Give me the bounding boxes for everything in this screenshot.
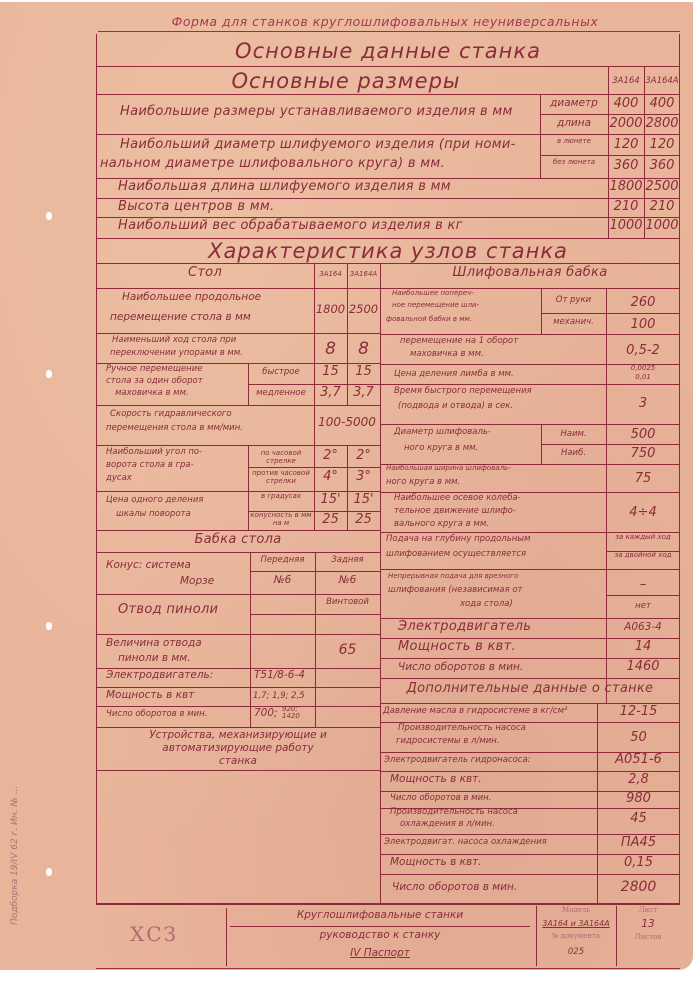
table-value: 15 — [314, 365, 347, 379]
tailstock-label: пиноли в мм. — [118, 653, 191, 665]
size-value: 1000 — [644, 219, 680, 233]
table-value: 25 — [347, 513, 380, 527]
table-label: Наибольший угол по- — [106, 448, 202, 457]
table-sub: быстрое — [248, 368, 314, 377]
extra-value: 0,15 — [597, 856, 680, 870]
head-value: 0,0025 — [606, 365, 680, 373]
table-label: ворота стола в гра- — [106, 461, 194, 470]
divider — [380, 424, 680, 425]
tailstock-label: Число оборотов в мин. — [106, 710, 207, 719]
size-label: Высота центров в мм. — [118, 200, 274, 214]
tailstock-label: Величина отвода — [106, 638, 202, 650]
table-label: переключении упорами в мм. — [110, 349, 243, 358]
divider — [541, 313, 680, 314]
head-label: Диаметр шлифоваль- — [394, 428, 491, 437]
table-value: 15 — [347, 365, 380, 379]
head-sub: Наим. — [541, 430, 606, 439]
head-sub: Наиб. — [541, 449, 606, 458]
rpm-value: 920; 1420 — [282, 706, 312, 721]
head-label: Электродвигатель — [398, 620, 531, 634]
punch-hole — [46, 868, 52, 876]
motor-value: Т51/8-6-4 — [254, 670, 305, 682]
model-header: 3А164А — [644, 77, 680, 86]
extra-value: 2800 — [597, 880, 680, 895]
head-label: перемещение на 1 оборот — [400, 337, 518, 346]
devices-label: Устройства, механизирующие и — [96, 730, 380, 742]
grinding-head-title: Шлифовальная бабка — [380, 266, 680, 280]
sheet-number: 13 — [616, 919, 680, 931]
extra-value: ПА45 — [597, 836, 680, 850]
table-label: Скорость гидравлического — [110, 410, 232, 419]
size-value: 120 — [608, 138, 644, 152]
divider — [96, 134, 680, 135]
table-sub: по часовой стрелке — [248, 450, 314, 465]
table-label: Ручное перемещение — [106, 365, 202, 374]
footer-title: Круглошлифовальные станки — [230, 910, 530, 922]
head-label: Наибольшая ширина шлифоваль- — [386, 465, 511, 473]
divider — [98, 31, 680, 32]
head-sub: механич. — [541, 318, 606, 327]
size-label: Наибольшие размеры устанавливаемого изде… — [120, 105, 513, 119]
tailstock-title: Бабка стола — [96, 533, 380, 547]
head-label: маховичка в мм. — [410, 350, 484, 359]
table-title: Стол — [96, 266, 314, 280]
table-label: перемещение стола в мм — [110, 312, 251, 324]
head-value: за каждый ход — [606, 534, 680, 542]
organization-code: ХСЗ — [130, 922, 178, 946]
divider — [380, 874, 680, 875]
divider — [230, 926, 530, 927]
units-title: Характеристика узлов станка — [96, 240, 680, 263]
tailstock-label: Морзе — [180, 576, 214, 588]
head-value: нет — [606, 602, 680, 611]
head-label: (подвода и отвода) в сек. — [398, 402, 513, 411]
devices-label: станка — [96, 756, 380, 768]
devices-label: автоматизирующие работу — [96, 743, 380, 755]
form-title: Форма для станков круглошлифовальных неу… — [100, 14, 670, 29]
divider — [380, 384, 680, 385]
divider — [96, 263, 680, 264]
head-label: Наибольшее попереч- — [392, 290, 474, 298]
head-value: А063-4 — [606, 622, 680, 634]
model-header: 3А164 — [608, 77, 644, 86]
divider — [380, 334, 680, 335]
table-value: 15' — [314, 493, 347, 507]
table-value: 25 — [314, 513, 347, 527]
head-label: вального круга в мм. — [394, 520, 489, 529]
extra-value: 50 — [597, 731, 680, 745]
punch-hole — [46, 212, 52, 220]
head-label: хода стола) — [460, 600, 513, 609]
rear-label: Задняя — [315, 556, 380, 565]
table-sub: против часовой стрелки — [248, 470, 314, 485]
footer-subtitle: руководство к станку — [230, 930, 530, 942]
size-value: 120 — [644, 138, 680, 152]
extra-value: 45 — [597, 812, 680, 826]
table-label: стола за один оборот — [106, 377, 203, 386]
size-value: 360 — [644, 159, 680, 173]
size-label: Наибольший диаметр шлифуемого изделия (п… — [120, 138, 516, 152]
divider — [96, 94, 680, 95]
extra-label: охлаждения в л/мин. — [400, 820, 495, 829]
tailstock-label: Конус: система — [106, 560, 191, 572]
model-label: Модель — [536, 907, 616, 915]
size-sub: длина — [540, 118, 608, 130]
front-label: Передняя — [250, 556, 315, 565]
table-value: 3,7 — [314, 386, 347, 400]
extra-label: Число оборотов в мин. — [392, 882, 517, 894]
model-value: 3А164 и 3А164А — [536, 920, 616, 929]
table-label: Наибольшее продольное — [122, 292, 261, 304]
divider — [96, 405, 380, 406]
divider — [96, 687, 380, 688]
footer-section: IV Паспорт — [230, 948, 530, 960]
quill-amount: 65 — [315, 643, 380, 658]
margin-note: Подборка 19/IV 62 г. Ин. № ... — [10, 786, 20, 925]
divider — [96, 288, 380, 289]
table-label: перемещения стола в мм/мин. — [106, 424, 243, 433]
head-value: 0,5-2 — [606, 344, 680, 358]
head-value: 500 — [606, 428, 680, 442]
table-value: 8 — [347, 340, 380, 359]
table-value: 2500 — [347, 303, 380, 316]
extra-label: Производительность насоса — [390, 808, 518, 817]
divider — [250, 571, 380, 572]
divider — [606, 595, 680, 596]
divider — [96, 706, 380, 707]
front-value: №6 — [250, 575, 315, 587]
size-value: 400 — [608, 97, 644, 111]
divider — [96, 333, 380, 334]
extra-title: Дополнительные данные о станке — [380, 682, 680, 696]
head-value: – — [606, 578, 680, 592]
power-value: 1,7; 1,9; 2,5 — [253, 692, 305, 701]
head-value: 100 — [606, 318, 680, 332]
model-header: 3А164 — [314, 271, 347, 279]
extra-value: А051-6 — [597, 753, 680, 767]
size-value: 1000 — [608, 219, 644, 233]
size-label: нальном диаметре шлифовального круга) в … — [100, 157, 445, 171]
divider — [541, 444, 680, 445]
table-value: 3° — [347, 470, 380, 484]
table-label: маховичка в мм. — [115, 389, 189, 398]
size-value: 2000 — [608, 117, 644, 131]
table-value: 4° — [314, 470, 347, 484]
head-label: фовальной бабки в мм. — [386, 316, 472, 324]
head-value: 1460 — [606, 660, 680, 674]
punch-hole — [46, 622, 52, 630]
extra-label: Мощность в квт. — [390, 774, 482, 786]
tailstock-label: Электродвигатель: — [106, 670, 213, 682]
divider — [96, 445, 380, 446]
tailstock-label: Мощность в квт — [106, 690, 194, 702]
table-value: 3,7 — [347, 386, 380, 400]
divider — [96, 594, 380, 595]
head-label: Мощность в квт. — [398, 640, 516, 654]
size-value: 210 — [644, 200, 680, 214]
extra-label: Электродвигатель гидронасоса: — [384, 756, 531, 765]
extra-value: 980 — [597, 792, 680, 806]
head-sub: От руки — [541, 296, 606, 305]
size-label: Наибольший вес обрабатываемого изделия в… — [118, 219, 463, 233]
table-value: 1800 — [314, 303, 347, 316]
extra-label: Производительность насоса — [398, 724, 526, 733]
table-label: дусах — [106, 474, 132, 483]
size-sub: в люнете — [540, 138, 608, 146]
divider — [96, 530, 380, 531]
table-value: 2° — [314, 449, 347, 463]
extra-label: Электродвигат. насоса охлаждения — [384, 838, 547, 847]
head-label: тельное движение шлифо- — [394, 507, 516, 516]
extra-value: 2,8 — [597, 773, 680, 787]
divider — [250, 614, 380, 615]
head-value: 0,01 — [606, 374, 680, 382]
head-label: шлифования (независимая от — [388, 586, 522, 595]
doc-number-label: № документа — [536, 933, 616, 941]
divider — [96, 968, 680, 969]
head-value: 750 — [606, 447, 680, 461]
size-value: 2800 — [644, 117, 680, 131]
extra-value: 12-15 — [597, 705, 680, 719]
table-sub: медленное — [248, 389, 314, 398]
table-value: 8 — [314, 340, 347, 359]
divider — [540, 114, 680, 115]
head-value: 3 — [606, 397, 680, 411]
head-label: Число оборотов в мин. — [398, 662, 523, 674]
head-label: Наибольшее осевое колеба- — [394, 494, 521, 503]
head-value: 4÷4 — [606, 506, 680, 520]
divider — [96, 727, 380, 728]
divider — [540, 155, 680, 156]
sheets-label: Листов — [616, 934, 680, 942]
quill-type: Винтовой — [315, 598, 380, 607]
divider — [226, 908, 227, 966]
size-value: 400 — [644, 97, 680, 111]
table-label: шкалы поворота — [116, 510, 191, 519]
divider — [96, 904, 680, 905]
size-sub: диаметр — [540, 98, 608, 110]
head-label: Непрерывная подача для врезного — [388, 573, 518, 581]
divider — [96, 66, 680, 67]
table-label: Цена одного деления — [106, 496, 203, 505]
extra-label: Мощность в квт. — [390, 857, 482, 869]
doc-number: 025 — [536, 948, 616, 957]
sizes-title: Основные размеры — [96, 70, 596, 93]
head-label: шлифованием осуществляется — [386, 550, 526, 559]
size-value: 360 — [608, 159, 644, 173]
extra-label: Число оборотов в мин. — [390, 794, 491, 803]
size-sub: без люнета — [540, 159, 608, 167]
tailstock-label: Отвод пиноли — [118, 603, 218, 617]
divider — [380, 569, 680, 570]
divider — [96, 552, 380, 553]
head-value: за двойной ход — [606, 552, 680, 560]
table-value: 100-5000 — [314, 416, 380, 429]
table-value: 2° — [347, 449, 380, 463]
table-sub: конусность в мм на м — [248, 512, 314, 527]
divider — [380, 678, 680, 679]
model-header: 3А164А — [347, 271, 380, 279]
divider — [96, 770, 380, 771]
head-label: Подача на глубину продольным — [386, 535, 530, 544]
head-label: Цена деления лимба в мм. — [394, 370, 514, 379]
head-label: Время быстрого перемещения — [394, 387, 532, 396]
size-value: 1800 — [608, 180, 644, 194]
divider — [248, 467, 380, 468]
divider — [96, 634, 380, 635]
table-value: 15' — [347, 493, 380, 507]
main-title: Основные данные станка — [96, 40, 680, 63]
head-label: ного круга в мм. — [404, 444, 478, 453]
punch-hole — [46, 370, 52, 378]
size-value: 210 — [608, 200, 644, 214]
head-value: 260 — [606, 296, 680, 310]
size-value: 2500 — [644, 180, 680, 194]
sheet-label: Лист — [616, 907, 680, 915]
head-label: ного круга в мм. — [386, 478, 460, 487]
head-label: ное перемещение шли- — [392, 302, 479, 310]
extra-label: гидросистемы в л/мин. — [396, 737, 500, 746]
head-value: 75 — [606, 472, 680, 486]
table-sub: в градусах — [248, 493, 314, 501]
extra-label: Давление масла в гидросистеме в кг/см² — [383, 707, 567, 716]
size-label: Наибольшая длина шлифуемого изделия в мм — [118, 180, 451, 194]
table-label: Наименьший ход стола при — [112, 336, 236, 345]
rear-value: №6 — [315, 575, 380, 587]
rpm-value: 700; — [254, 708, 278, 720]
head-value: 14 — [606, 640, 680, 654]
